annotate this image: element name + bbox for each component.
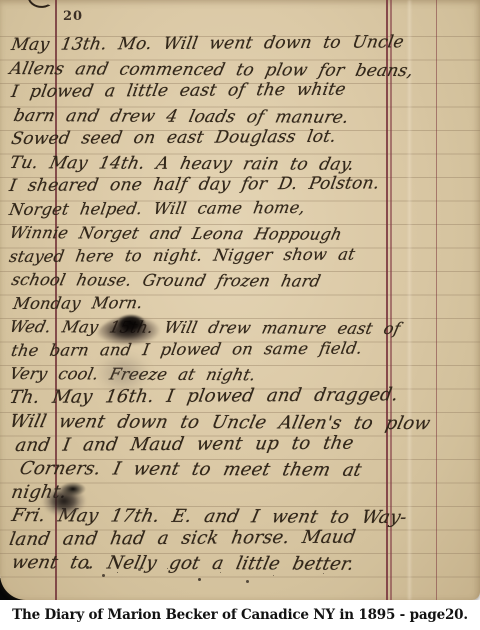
ink-specks bbox=[86, 566, 89, 569]
handwriting-line: Very cool. Freeze at night. bbox=[8, 366, 257, 383]
handwriting-line: Sowed seed on east Douglass lot. bbox=[10, 129, 337, 148]
handwriting-line: Allens and commenced to plow for beans, bbox=[8, 61, 415, 80]
handwriting-line: Th. May 16th. I plowed and dragged. bbox=[8, 386, 399, 407]
handwriting-line: land and had a sick horse. Maud bbox=[8, 529, 357, 549]
handwriting-line: the barn and I plowed on same field. bbox=[10, 341, 363, 360]
caption-bar: The Diary of Marion Becker of Canadice N… bbox=[0, 600, 480, 630]
handwriting-line: barn and drew 4 loads of manure. bbox=[12, 108, 350, 127]
caption-text: The Diary of Marion Becker of Canadice N… bbox=[12, 607, 468, 623]
handwriting-line: Tu. May 14th. A heavy rain to day. bbox=[8, 155, 356, 174]
handwriting-line: Corners. I went to meet them at bbox=[18, 460, 363, 480]
right-margin-line-3 bbox=[436, 0, 437, 600]
scanned-diary-photo: 20 May 13th. Mo. Will went down to Uncle… bbox=[0, 0, 480, 630]
handwriting-line: Monday Morn. bbox=[12, 295, 144, 312]
handwriting-line: Wed. May 15th. Will drew manure east of bbox=[8, 319, 402, 337]
handwriting-line: and I and Maud went up to the bbox=[14, 435, 355, 455]
handwriting-line: May 13th. Mo. Will went down to Uncle bbox=[10, 34, 405, 54]
handwriting-line: school house. Ground frozen hard bbox=[10, 272, 322, 290]
handwriting-line: I plowed a little east of the white bbox=[10, 82, 347, 101]
diary-paper: 20 May 13th. Mo. Will went down to Uncle… bbox=[0, 0, 480, 600]
page-number: 20 bbox=[63, 9, 83, 24]
paper-crease bbox=[408, 0, 411, 600]
handwriting-line: Fri. May 17th. E. and I went to Way- bbox=[10, 507, 409, 527]
handwriting-line: stayed here to night. Nigger show at bbox=[8, 247, 356, 266]
handwriting-line: I sheared one half day for D. Polston. bbox=[8, 175, 381, 195]
handwriting-line: Norget helped. Will came home, bbox=[8, 200, 306, 218]
handwriting-line: went to. Nelly got a little better. bbox=[10, 554, 356, 574]
handwriting-line: Winnie Norget and Leona Hoppough bbox=[8, 225, 344, 243]
handwriting-line: Will went down to Uncle Allen's to plow bbox=[8, 413, 432, 433]
handwriting-line: night. bbox=[10, 484, 68, 502]
cutoff-writing-stroke bbox=[27, 0, 50, 13]
